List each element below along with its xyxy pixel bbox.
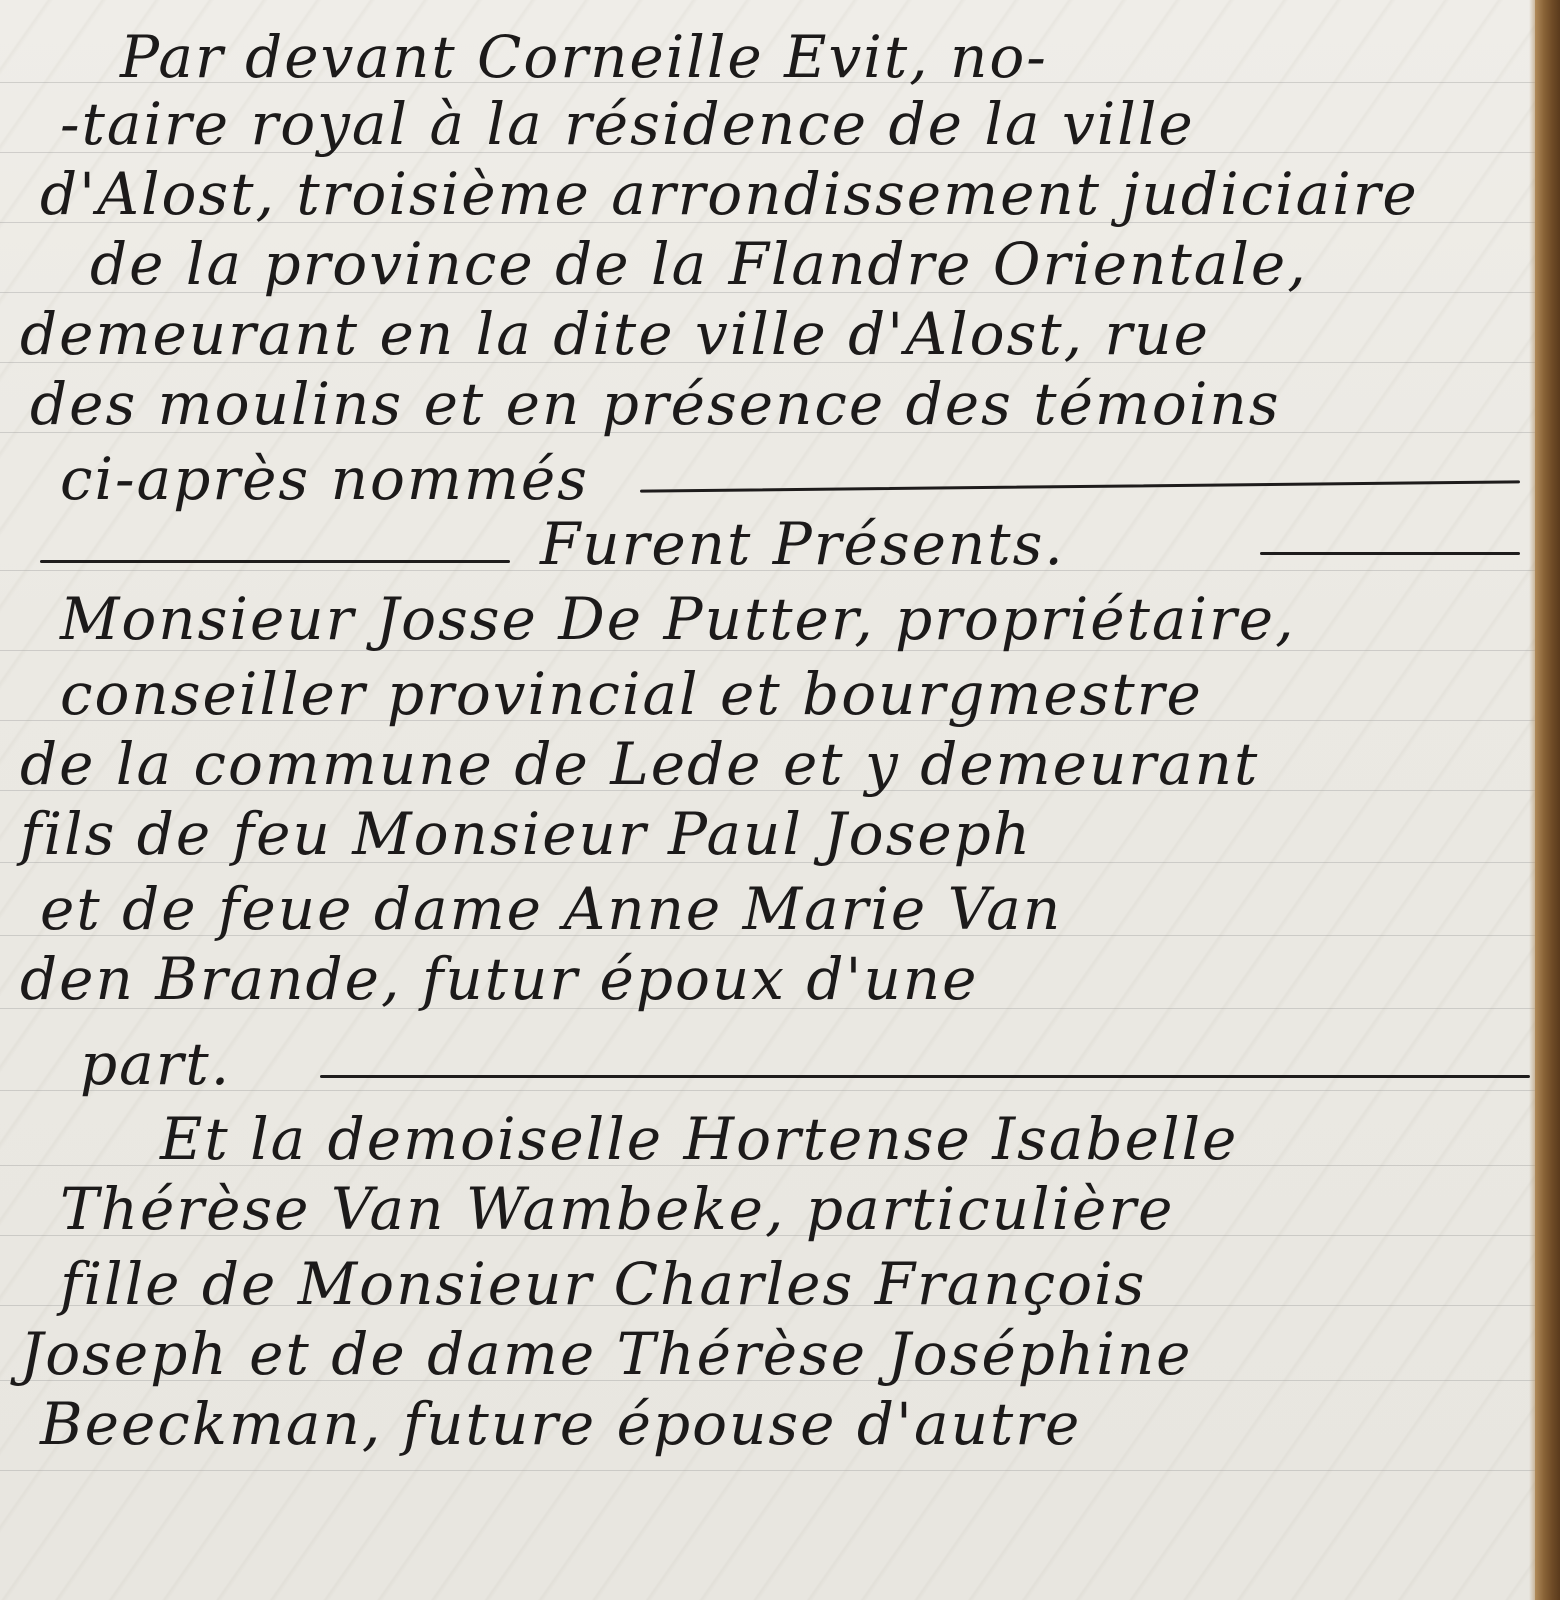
- text-line-11: de la commune de Lede et y demeurant: [20, 735, 1555, 793]
- text-line-13: et de feue dame Anne Marie Van: [40, 880, 1560, 938]
- fill-rule: [40, 560, 510, 563]
- text-line-17: Thérèse Van Wambeke, particulière: [60, 1180, 1560, 1238]
- text-line-1: Par devant Corneille Evit, no-: [120, 28, 1560, 86]
- text-line-6: des moulins et en présence des témoins: [30, 375, 1560, 433]
- ruled-line: [0, 1470, 1535, 1471]
- fill-rule: [1260, 552, 1520, 555]
- text-line-9: Monsieur Josse De Putter, propriétaire,: [60, 590, 1560, 648]
- text-line-14: den Brande, futur époux d'une: [20, 950, 1555, 1008]
- text-line-16: Et la demoiselle Hortense Isabelle: [160, 1110, 1560, 1168]
- text-line-10: conseiller provincial et bourgmestre: [60, 665, 1560, 723]
- fill-rule: [320, 1075, 1530, 1078]
- text-line-7: ci-après nommés: [60, 450, 1560, 508]
- text-line-19: Joseph et de dame Thérèse Joséphine: [20, 1325, 1555, 1383]
- text-line-5: demeurant en la dite ville d'Alost, rue: [20, 305, 1555, 363]
- section-heading: Furent Présents.: [540, 515, 1560, 573]
- book-binding: [1535, 0, 1560, 1600]
- text-line-18: fille de Monsieur Charles François: [60, 1255, 1560, 1313]
- text-line-12: fils de feu Monsieur Paul Joseph: [20, 805, 1555, 863]
- text-line-20: Beeckman, future épouse d'autre: [40, 1395, 1560, 1453]
- manuscript-page: Par devant Corneille Evit, no- -taire ro…: [0, 0, 1535, 1600]
- text-line-15: part.: [80, 1035, 1560, 1093]
- text-line-2: -taire royal à la résidence de la ville: [60, 95, 1560, 153]
- text-line-3: d'Alost, troisième arrondissement judici…: [40, 165, 1560, 223]
- text-line-4: de la province de la Flandre Orientale,: [90, 235, 1560, 293]
